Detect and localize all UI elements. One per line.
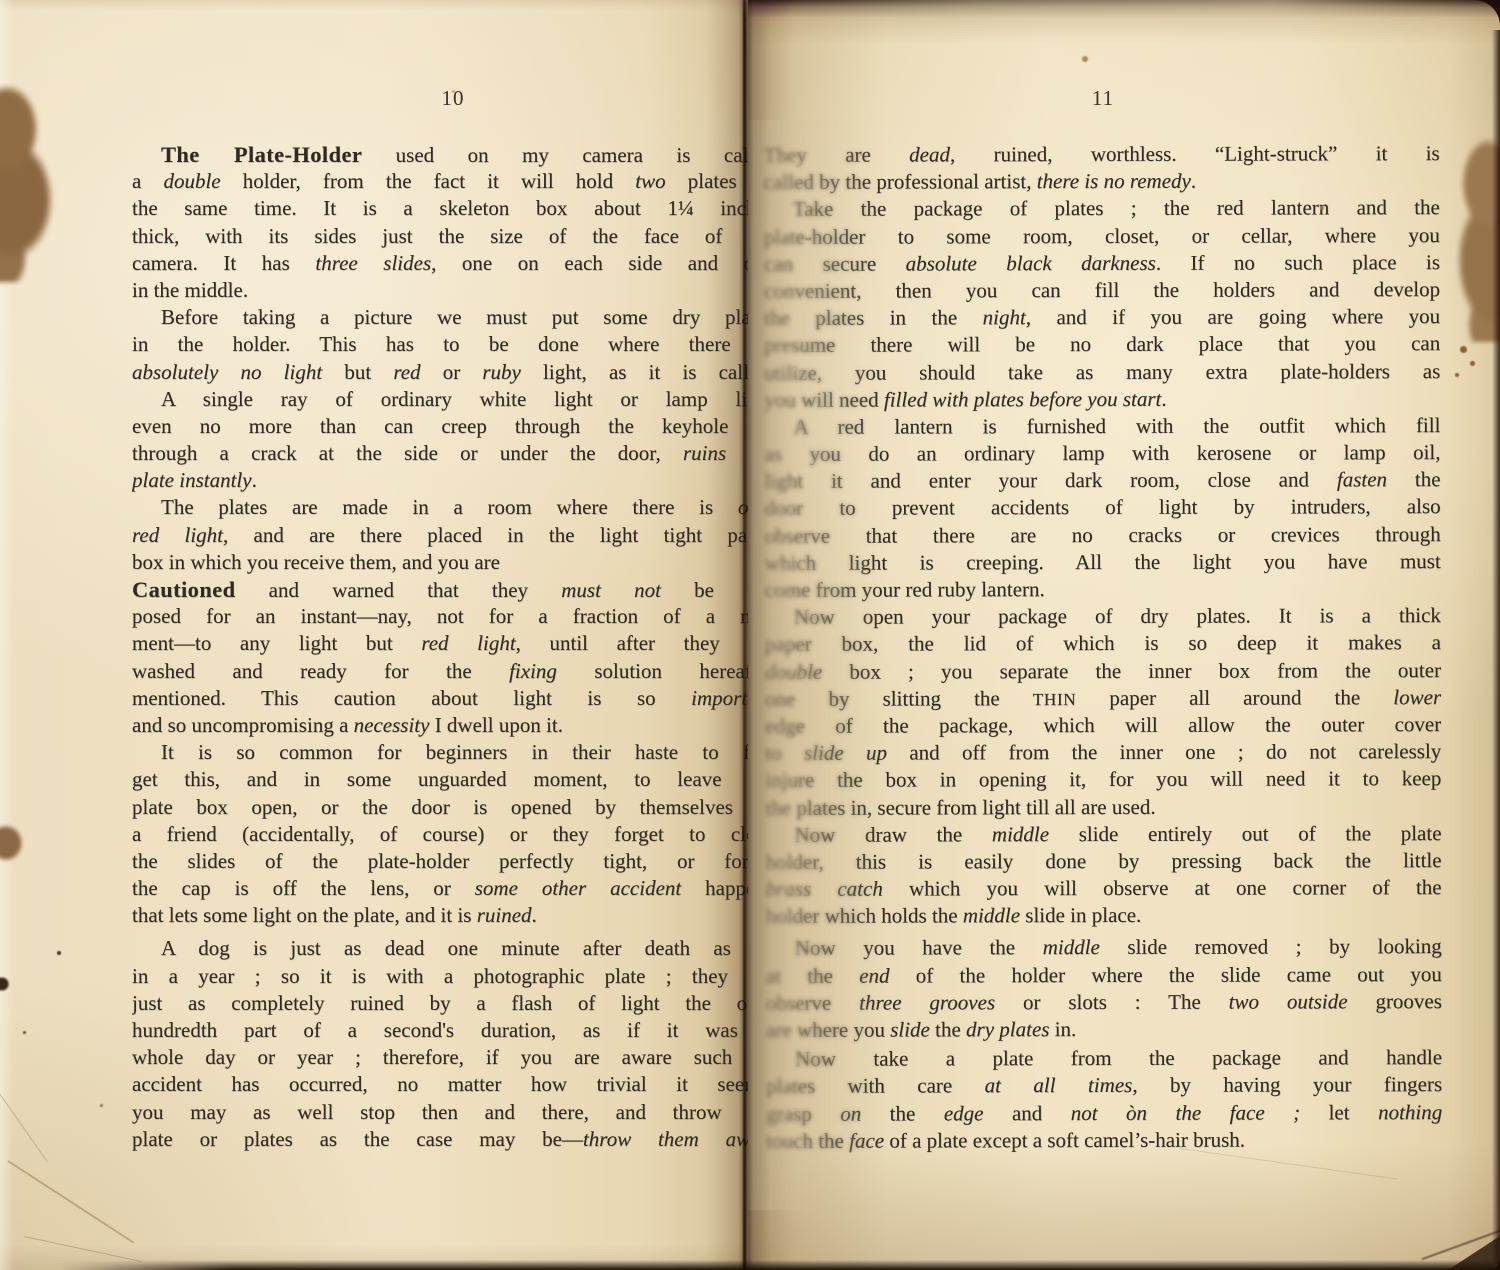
text-line: the plates in, secure from light till al… [765,793,1441,822]
text-line: and so uncompromising a necessity I dwel… [132,712,748,739]
text-line: the same time. It is a skeleton box abou… [132,195,748,222]
text-line: plate instantly. [132,467,748,494]
speck [1082,56,1088,62]
text-line: are where you slide the dry plates in. [766,1015,1442,1044]
text-line: even no more than can creep through the … [132,413,748,440]
speck [1455,373,1459,377]
text-line: can secure absolute black darkness. If n… [764,249,1440,278]
paragraph: Before taking a picture we must put some… [132,304,748,386]
text-line: as you do an ordinary lamp with kerosene… [764,439,1440,468]
text-line: called by the professional artist, there… [764,167,1440,196]
text-line: mentioned. This caution about light is s… [132,685,748,712]
text-line: just as completely ruined by a flash of … [132,990,748,1017]
text-line: you may as well stop then and there, and… [132,1099,748,1126]
stain-bottom-left [0,972,16,996]
text-line: in the middle. [132,277,748,304]
paragraph: A dog is just as dead one minute after d… [132,935,748,1153]
scratch-line [8,1160,135,1243]
text-line: posed for an instant—nay, not for a frac… [132,603,748,630]
paragraph: Now draw the middle slide entirely out o… [765,820,1441,931]
text-line: hundredth part of a second's duration, a… [132,1017,748,1044]
speck [57,951,61,955]
text-line: in the holder. This has to be done where… [132,331,748,358]
text-line: Now open your package of dry plates. It … [765,602,1441,631]
text-line: brass catch which you will observe at on… [766,874,1442,903]
paragraph: Now you have the middle slide removed ; … [766,934,1442,1045]
text-line: A single ray of ordinary white light or … [132,386,748,413]
text-line: plate-holder to some room, closet, or ce… [764,222,1440,251]
text-line: A red lantern is furnished with the outf… [764,412,1440,441]
text-line: Before taking a picture we must put some… [132,304,748,331]
text-line: which light is creeping. All the light y… [765,548,1441,577]
text-line: one by slitting the THIN paper all aroun… [765,684,1441,713]
paragraph: Take the package of plates ; the red lan… [764,194,1441,413]
paragraph: Cautioned and warned that they must not … [132,576,748,739]
text-line: plates with care at all times, by having… [766,1071,1442,1100]
text-line: observe that there are no cracks or crev… [765,521,1441,550]
stain-top-left [0,86,72,282]
text-line: injure the box in opening it, for you wi… [765,765,1441,794]
text-line: come from your red ruby lantern. [765,575,1441,604]
paragraph: Now open your package of dry plates. It … [765,602,1442,821]
text-line: A dog is just as dead one minute after d… [132,935,748,962]
text-line: presume there will be no dark place that… [764,330,1440,359]
text-line: convenient, then you can fill the holder… [764,276,1440,305]
text-line: double box ; you separate the inner box … [765,657,1441,686]
text-line: at the end of the holder where the slide… [766,961,1442,990]
text-line: a double holder, from the fact it will h… [132,168,748,195]
text-line: light it and enter your dark room, close… [765,466,1441,495]
text-line: the cap is off the lens, or some other a… [132,875,748,902]
text-line: utilize, you should take as many extra p… [764,358,1440,387]
text-line: The Plate-Holder used on my camera is ca… [132,141,748,168]
speck [452,90,455,93]
book-spread-photo: 10 The Plate-Holder used on my camera is… [0,0,1500,1270]
text-line: a friend (accidentally, of course) or th… [132,821,748,848]
paragraph: A red lantern is furnished with the outf… [764,412,1440,604]
text-line: accident has occurred, no matter how tri… [132,1071,748,1098]
text-line: Cautioned and warned that they must not … [132,576,748,603]
text-line: whole day or year ; therefore, if you ar… [132,1044,748,1071]
text-line: get this, and in some unguarded moment, … [132,766,748,793]
text-line: Now draw the middle slide entirely out o… [765,820,1441,849]
text-line: to slide up and off from the inner one ;… [765,738,1441,767]
text-line: plate box open, or the door is opened by… [132,794,748,821]
text-line: The plates are made in a room where ther… [132,494,748,521]
text-line: observe three grooves or slots : The two… [766,988,1442,1017]
text-line: holder which holds the middle slide in p… [766,901,1442,930]
text-line: grasp on the edge and not òn the face ; … [766,1099,1442,1128]
text-line: It is so common for beginners in their h… [132,739,748,766]
text-line: ment—to any light but red light, until a… [132,630,748,657]
gutter-line [743,0,746,1270]
photo-edge-right [1492,30,1500,1264]
speck [1320,206,1324,210]
right-page: 11 They are dead, ruined, worthless. “Li… [748,0,1500,1270]
text-line: touch the face of a plate except a soft … [766,1126,1442,1155]
text-line: Now you have the middle slide removed ; … [766,934,1442,963]
speck [23,1031,26,1034]
text-line: through a crack at the side or under the… [132,440,748,467]
stain-mid-left [0,816,32,870]
left-page: 10 The Plate-Holder used on my camera is… [0,0,748,1270]
page-number-right: 11 [765,86,1441,111]
left-page-text: The Plate-Holder used on my camera is ca… [132,141,748,1153]
paragraph: It is so common for beginners in their h… [132,739,748,929]
page-number-left: 10 [132,86,748,111]
text-line: red light, and are there placed in the l… [132,522,748,549]
text-line: thick, with its sides just the size of t… [132,223,748,250]
paragraph: The plates are made in a room where ther… [132,494,748,576]
photo-edge-top [748,0,1500,18]
text-line: you will need filled with plates before … [764,385,1440,414]
text-line: Now take a plate from the package and ha… [766,1044,1442,1073]
scratch-line [0,1088,48,1162]
text-line: the slides of the plate-holder perfectly… [132,848,748,875]
text-line: door to prevent accidents of light by in… [765,494,1441,523]
text-line: holder, this is easily done by pressing … [766,847,1442,876]
text-line: in a year ; so it is with a photographic… [132,963,748,990]
speck [1460,346,1467,353]
text-line: box in which you receive them, and you a… [132,549,748,576]
paragraph: The Plate-Holder used on my camera is ca… [132,141,748,304]
speck [100,1104,103,1107]
photo-edge-bottom [60,1260,1500,1270]
text-line: plate or plates as the case may be—throw… [132,1126,748,1153]
speck [1470,361,1475,366]
text-line: that lets some light on the plate, and i… [132,902,748,929]
paragraph: Now take a plate from the package and ha… [766,1044,1442,1155]
text-line: the plates in the night, and if you are … [764,303,1440,332]
text-line: washed and ready for the fixing solution… [132,658,748,685]
text-line: paper box, the lid of which is so deep i… [765,629,1441,658]
text-line: edge of the package, which will allow th… [765,711,1441,740]
text-line: They are dead, ruined, worthless. “Light… [764,140,1440,169]
text-line: absolutely no light but red or ruby ligh… [132,359,748,386]
text-line: camera. It has three slides, one on each… [132,250,748,277]
right-page-text: They are dead, ruined, worthless. “Light… [764,140,1443,1155]
paragraph: A single ray of ordinary white light or … [132,386,748,495]
paragraph: They are dead, ruined, worthless. “Light… [764,140,1440,196]
text-line: Take the package of plates ; the red lan… [764,194,1440,223]
scratch-line [24,1236,142,1262]
